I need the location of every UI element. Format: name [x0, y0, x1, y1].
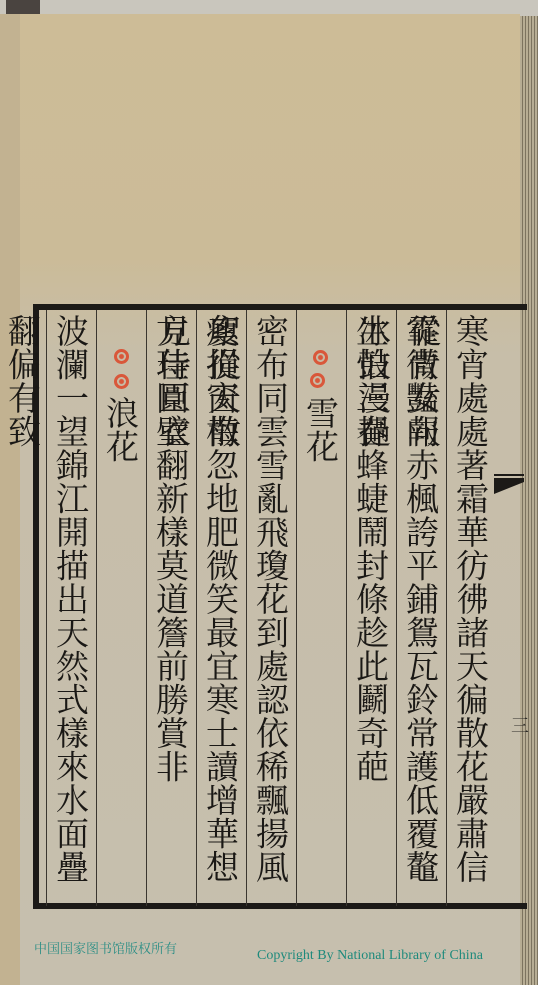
- left-page-leaf: [0, 14, 22, 985]
- red-circle-mark-icon: [310, 373, 325, 388]
- red-circle-mark-icon: [114, 349, 129, 364]
- red-circle-mark-icon: [114, 374, 129, 389]
- text-column-3: 生怕三春蜂蜨鬧封條趁此鬬奇葩: [346, 310, 394, 906]
- text-column-1: 寒宵處處著霜華彷彿諸天徧散花嚴肅信從青女報: [446, 310, 494, 906]
- copyright-english: Copyright By National Library of China: [257, 948, 483, 964]
- poem-title-snow-flower: 雪花: [296, 310, 344, 906]
- text-column-9: 波瀾一望錦江開描出天然式樣來水面疊翻偏有致: [46, 310, 94, 906]
- fishtail-line: [494, 474, 524, 476]
- copyright-chinese: 中国国家图书馆版权所有: [34, 938, 177, 957]
- text-column-6: 瘦損窗梅忽地肥微笑最宜寒士讀增華想見侍臣衣: [196, 310, 244, 906]
- red-circle-mark-icon: [313, 350, 328, 365]
- text-column-2: 霏微豔向赤楓誇平鋪鴛瓦鈴常護低覆鼇冰鼓漫撾: [396, 310, 444, 906]
- text-column-7: 方珪圓璧翻新樣莫道簷前勝賞非: [146, 310, 194, 906]
- poem-title-wave-flower: 浪花: [96, 310, 144, 906]
- page-number: 三: [511, 712, 529, 738]
- text-column-5: 密布同雲雪亂飛瓊花到處認依稀飄揚風絮從天散: [246, 310, 294, 906]
